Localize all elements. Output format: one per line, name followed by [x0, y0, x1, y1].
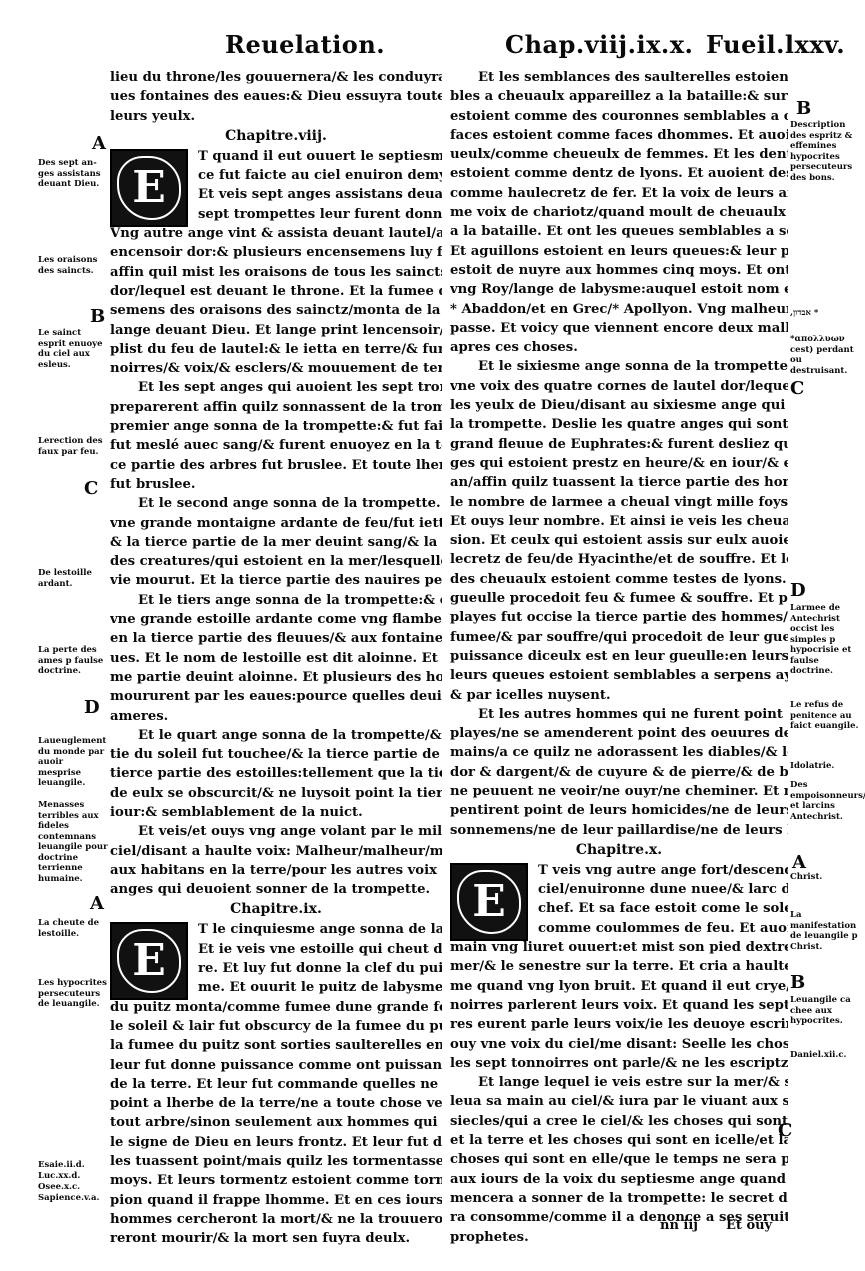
text-line: gueulle procedoit feu & fumee & souffre.…: [450, 589, 788, 608]
scripture-ref: Esaie.ii.d.: [38, 1160, 108, 1171]
section-letter-c: C: [778, 1120, 792, 1141]
scripture-ref: Daniel.xii.c.: [790, 1050, 862, 1061]
text-line: ciel/disant a haulte voix: Malheur/malhe…: [110, 842, 442, 861]
margin-note: Larmee de Antechrist occist les simples …: [790, 603, 862, 677]
text-line: ne peuuent ne veoir/ne ouyr/ne cheminer.…: [450, 782, 788, 801]
margin-note: La perte des ames p faulse doctrine.: [38, 645, 108, 677]
text-line: sion. Et ceulx qui estoient assis sur eu…: [450, 531, 788, 550]
text-line: ce partie des arbres fut bruslee. Et tou…: [110, 456, 442, 475]
text-line: estoient comme dentz de lyons. Et auoien…: [450, 164, 788, 183]
text-line: ameres.: [110, 707, 442, 726]
text-line: an/affin quilz tuassent la tierce partie…: [450, 473, 788, 492]
text-line: preparerent affin quilz sonnassent de la…: [110, 398, 442, 417]
text-line: vne grande estoille ardante come vng fla…: [110, 610, 442, 629]
paragraph-start: Et les sept anges qui auoient les sept t…: [110, 378, 442, 397]
text-line: et la terre et les choses qui sont en ic…: [450, 1131, 788, 1150]
text-line: * Abaddon/et en Grec/* Apollyon. Vng mal…: [450, 300, 788, 319]
text-line: plist du feu de lautel:& le ietta en ter…: [110, 340, 442, 359]
text-line: les sept tonnoirres ont parle/& ne les e…: [450, 1054, 788, 1073]
text-line: me voix de chariotz/quand moult de cheua…: [450, 203, 788, 222]
text-line: main vng liuret ouuert:et mist son pied …: [450, 938, 788, 957]
text-line: lecretz de feu/de Hyacinthe/et de souffr…: [450, 550, 788, 569]
text-line: dor & dargent/& de cuyure & de pierre/& …: [450, 763, 788, 782]
text-line: des cheuaulx estoient comme testes de ly…: [450, 570, 788, 589]
margin-note: Idolatrie.: [790, 761, 862, 772]
paragraph-start: Et les autres hommes qui ne furent point…: [450, 705, 788, 724]
text-line: playes/ne se amenderent point des oeuure…: [450, 724, 788, 743]
folio-number: Fueil.lxxv.: [706, 30, 845, 59]
text-line: aux habitans en la terre/pour les autres…: [110, 861, 442, 880]
text-line: le signe de Dieu en leurs frontz. Et leu…: [110, 1133, 442, 1152]
text-line: tie du soleil fut touchee/& la tierce pa…: [110, 745, 442, 764]
text-line: moys. Et leurs tormentz estoient comme t…: [110, 1171, 442, 1190]
text-line: noirres/& voix/& esclers/& mouuement de …: [110, 359, 442, 378]
running-title: Reuelation.: [225, 30, 385, 59]
text-line: vne voix des quatre cornes de lautel dor…: [450, 377, 788, 396]
text-line: ueulx/comme cheueulx de femmes. Et les d…: [450, 145, 788, 164]
text-line: le soleil & lair fut obscurcy de la fume…: [110, 1017, 442, 1036]
text-line: moururent par les eaues:pource quelles d…: [110, 687, 442, 706]
text-line: le nombre de larmee a cheual vingt mille…: [450, 493, 788, 512]
catchword: Et ouy: [726, 1218, 772, 1233]
section-letter-b: B: [790, 972, 805, 993]
text-line: fut meslé auec sang/& furent enuoyez en …: [110, 436, 442, 455]
text-line: playes fut occise la tierce partie des h…: [450, 608, 788, 627]
text-line: leurs yeulx.: [110, 107, 442, 126]
signature-mark: nn iij: [660, 1218, 698, 1233]
book-page: Reuelation. Chap.viij.ix.x. Fueil.lxxv. …: [0, 0, 865, 1271]
text-line: ues. Et le nom de lestoille est dit aloi…: [110, 649, 442, 668]
text-line: me partie deuint aloinne. Et plusieurs d…: [110, 668, 442, 687]
text-line: siecles/qui a cree le ciel/& les choses …: [450, 1112, 788, 1131]
margin-note: Des sept an-ges assistans deuant Dieu.: [38, 158, 108, 190]
text-line: de eulx se obscurcit/& ne luysoit point …: [110, 784, 442, 803]
scripture-ref: Osee.x.c.: [38, 1182, 108, 1193]
margin-note: Description des espritz & effemines hypo…: [790, 120, 862, 183]
text-line: fumee/& par souffre/qui procedoit de leu…: [450, 628, 788, 647]
section-letter-a: A: [792, 852, 806, 873]
margin-note: Des empoisonneurs/homicides/paillardises…: [790, 780, 862, 822]
text-line: lange deuant Dieu. Et lange print lencen…: [110, 321, 442, 340]
text-line: la fumee du puitz sont sorties saulterel…: [110, 1036, 442, 1055]
text-line: leua sa main au ciel/& iura par le viuan…: [450, 1092, 788, 1111]
margin-note: Leuangile ca chee aux hypocrites.: [790, 995, 862, 1027]
text-line: la trompette. Deslie les quatre anges qu…: [450, 415, 788, 434]
text-line: sonnemens/ne de leur paillardise/ne de l…: [450, 821, 788, 840]
text-line: & par icelles nuysent.: [450, 686, 788, 705]
text-line: me quand vng lyon bruit. Et quand il eut…: [450, 977, 788, 996]
text-line: les tuassent point/mais quilz les tormen…: [110, 1152, 442, 1171]
text-line: vne grande montaigne ardante de feu/fut …: [110, 514, 442, 533]
text-line: faces estoient comme faces dhommes. Et a…: [450, 126, 788, 145]
text-line: en la tierce partie des fleuues/& aux fo…: [110, 629, 442, 648]
margin-note: Menasses terribles aux fideles contemnan…: [38, 800, 108, 884]
text-line: ges qui estoient prestz en heure/& en io…: [450, 454, 788, 473]
text-line: ouy vne voix du ciel/me disant: Seelle l…: [450, 1035, 788, 1054]
scripture-ref: Luc.xx.d.: [38, 1171, 108, 1182]
text-line: comme haulecretz de fer. Et la voix de l…: [450, 184, 788, 203]
chapter-heading-9: Chapitre.ix.: [110, 899, 442, 920]
greek-gloss: *απολλυων cest) perdant ou destruisant.: [790, 334, 862, 376]
margin-note: La manifestation de leuangile p Christ.: [790, 910, 862, 952]
text-line: fut bruslee.: [110, 475, 442, 494]
text-line: estoient comme des couronnes semblables …: [450, 107, 788, 126]
paragraph-start: Et le quart ange sonna de la trompette/&…: [110, 726, 442, 745]
decorated-initial-icon: E: [450, 863, 528, 941]
text-line: tierce partie des estoilles:tellement qu…: [110, 764, 442, 783]
text-line: vng Roy/lange de labysme:auquel estoit n…: [450, 280, 788, 299]
chapter-range: Chap.viij.ix.x.: [505, 30, 693, 59]
text-line: tout arbre/sinon seulement aux hommes qu…: [110, 1113, 442, 1132]
text-line: hommes cercheront la mort/& ne la trouue…: [110, 1210, 442, 1229]
text-line: reront mourir/& la mort sen fuyra deulx.: [110, 1229, 442, 1248]
text-line: lieu du throne/les gouuernera/& les cond…: [110, 68, 442, 87]
text-line: iour:& semblablement de la nuict.: [110, 803, 442, 822]
text-line: res eurent parle leurs voix/ie les deuoy…: [450, 1015, 788, 1034]
text-line: mains/a ce quilz ne adorassent les diabl…: [450, 743, 788, 762]
text-line: estoit de nuyre aux hommes cinq moys. Et…: [450, 261, 788, 280]
paragraph-start: Et veis/et ouys vng ange volant par le m…: [110, 822, 442, 841]
text-line: Vng autre ange vint & assista deuant lau…: [110, 224, 442, 243]
paragraph-start: Et le second ange sonna de la trompette.…: [110, 494, 442, 513]
margin-note: De lestoille ardant.: [38, 568, 108, 589]
text-line: pentirent point de leurs homicides/ne de…: [450, 801, 788, 820]
section-letter-d: D: [790, 580, 806, 601]
text-line: anges qui deuoient sonner de la trompett…: [110, 880, 442, 899]
margin-note: Le sainct esprit enuoye du ciel aux esle…: [38, 328, 108, 370]
section-letter-d: D: [84, 697, 100, 718]
section-letter-b: B: [90, 306, 105, 327]
text-line: grand fleuue de Euphrates:& furent desli…: [450, 435, 788, 454]
text-line: mencera a sonner de la trompette: le sec…: [450, 1189, 788, 1208]
text-line: a la bataille. Et ont les queues semblab…: [450, 222, 788, 241]
paragraph-start: Et les semblances des saulterelles estoi…: [450, 68, 788, 87]
margin-note: Les oraisons des saincts.: [38, 255, 108, 276]
chapter-heading-8: Chapitre.viij.: [110, 126, 442, 147]
text-line: leurs queues estoient semblables a serpe…: [450, 666, 788, 685]
text-line: mer/& le senestre sur la terre. Et cria …: [450, 957, 788, 976]
paragraph-start: Et le sixiesme ange sonna de la trompett…: [450, 357, 788, 376]
text-line: bles a cheuaulx appareillez a la bataill…: [450, 87, 788, 106]
hebrew-gloss: ,אבדון *: [790, 308, 862, 319]
text-line: apres ces choses.: [450, 338, 788, 357]
text-line: vie mourut. Et la tierce partie des naui…: [110, 571, 442, 590]
text-line: de la terre. Et leur fut commande quelle…: [110, 1075, 442, 1094]
margin-note: Laueuglement du monde par auoir mesprise…: [38, 736, 108, 789]
margin-note: La cheute de lestoille.: [38, 918, 108, 939]
text-line: affin quil mist les oraisons de tous les…: [110, 263, 442, 282]
text-line: Et aguillons estoient en leurs queues:& …: [450, 242, 788, 261]
decorated-initial-icon: E: [110, 149, 188, 227]
left-text-column: lieu du throne/les gouuernera/& les cond…: [110, 68, 442, 1249]
margin-note: Lerection des faux par feu.: [38, 436, 108, 457]
margin-note: Les hypocrites persecuteurs de leuangile…: [38, 978, 108, 1010]
chapter-heading-10: Chapitre.x.: [450, 840, 788, 861]
right-text-column: Et les semblances des saulterelles estoi…: [450, 68, 788, 1247]
text-line: Et ouys leur nombre. Et ainsi ie veis le…: [450, 512, 788, 531]
section-letter-c: C: [790, 378, 804, 399]
text-line: du puitz monta/comme fumee dune grande f…: [110, 998, 442, 1017]
text-line: encensoir dor:& plusieurs encensemens lu…: [110, 243, 442, 262]
margin-note: Christ.: [790, 872, 862, 883]
scripture-ref: Sapience.v.a.: [38, 1193, 108, 1204]
text-line: pion quand il frappe lhomme. Et en ces i…: [110, 1191, 442, 1210]
text-line: choses qui sont en elle/que le temps ne …: [450, 1150, 788, 1169]
margin-note: Le refus de penitence au faict euangile.: [790, 700, 862, 732]
section-letter-a: A: [90, 893, 104, 914]
section-letter-b: B: [796, 98, 811, 119]
paragraph-start: Et lange lequel ie veis estre sur la mer…: [450, 1073, 788, 1092]
text-line: ues fontaines des eaues:& Dieu essuyra t…: [110, 87, 442, 106]
text-line: & la tierce partie de la mer deuint sang…: [110, 533, 442, 552]
paragraph-start: Et le tiers ange sonna de la trompette:&…: [110, 591, 442, 610]
text-line: puissance diceulx est en leur gueulle:en…: [450, 647, 788, 666]
decorated-initial-icon: E: [110, 922, 188, 1000]
text-line: dor/lequel est deuant le throne. Et la f…: [110, 282, 442, 301]
text-line: passe. Et voicy que viennent encore deux…: [450, 319, 788, 338]
section-letter-c: C: [84, 478, 98, 499]
section-letter-a: A: [92, 133, 106, 154]
text-line: premier ange sonna de la trompette:& fut…: [110, 417, 442, 436]
text-line: les yeulx de Dieu/disant au sixiesme ang…: [450, 396, 788, 415]
text-line: aux iours de la voix du septiesme ange q…: [450, 1170, 788, 1189]
text-line: leur fut donne puissance comme ont puiss…: [110, 1056, 442, 1075]
text-line: noirres parlerent leurs voix. Et quand l…: [450, 996, 788, 1015]
text-line: semens des oraisons des sainctz/monta de…: [110, 301, 442, 320]
text-line: point a lherbe de la terre/ne a toute ch…: [110, 1094, 442, 1113]
text-line: des creatures/qui estoient en la mer/les…: [110, 552, 442, 571]
